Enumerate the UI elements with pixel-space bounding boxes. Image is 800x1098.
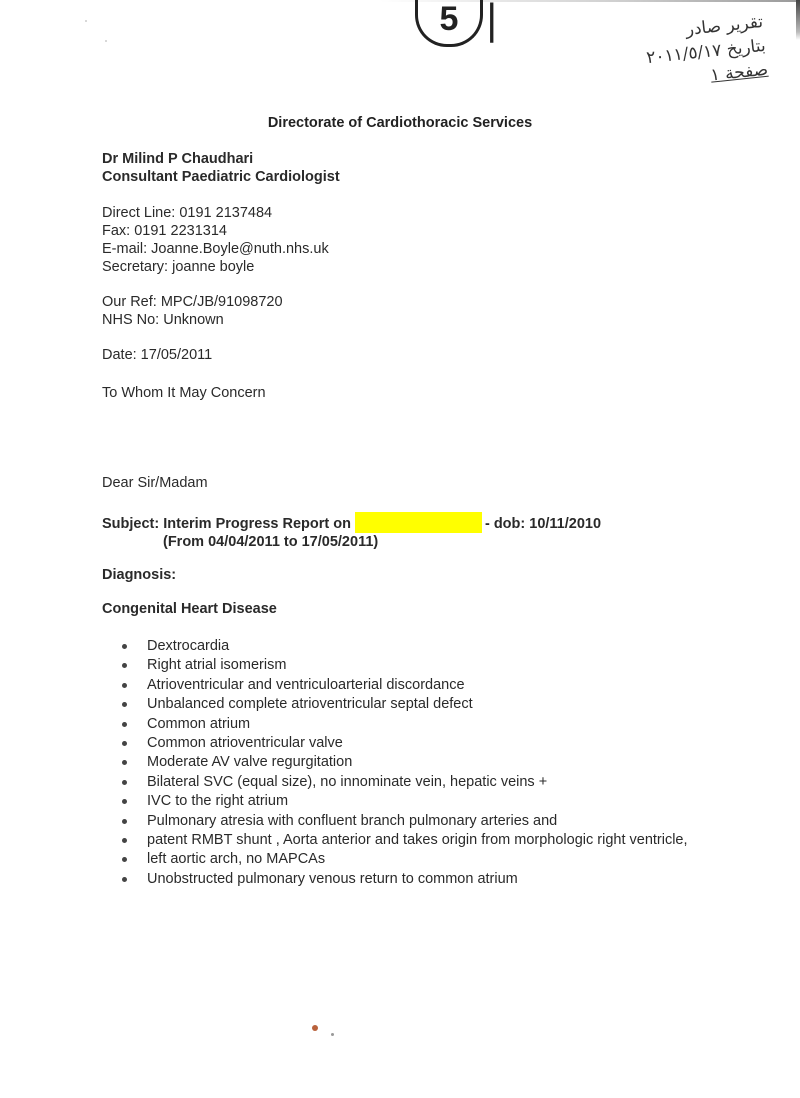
subject-line: Subject: Interim Progress Report on- dob… (102, 512, 601, 533)
scan-border-right (796, 0, 800, 40)
scan-speck (331, 1033, 334, 1036)
diagnosis-item-text: Unobstructed pulmonary venous return to … (147, 871, 518, 887)
diagnosis-item-text: Common atrium (147, 716, 250, 732)
addressee-line: To Whom It May Concern (102, 384, 266, 402)
directorate-heading: Directorate of Cardiothoracic Services (0, 115, 800, 131)
bullet-icon (122, 741, 127, 746)
diagnosis-item-text: IVC to the right atrium (147, 793, 288, 809)
diagnosis-item-text: patent RMBT shunt , Aorta anterior and t… (147, 832, 688, 848)
bullet-icon (122, 877, 127, 882)
diagnosis-item-text: Moderate AV valve regurgitation (147, 754, 352, 770)
diagnosis-item-text: Atrioventricular and ventriculoarterial … (147, 677, 465, 693)
bullet-icon (122, 780, 127, 785)
diagnosis-item-text: Dextrocardia (147, 638, 229, 654)
letter-date: Date: 17/05/2011 (102, 346, 212, 364)
diagnosis-item-text: left aortic arch, no MAPCAs (147, 851, 325, 867)
handwritten-circled-number: 5 (415, 0, 483, 47)
bullet-icon (122, 663, 127, 668)
scan-speck (312, 1025, 318, 1031)
bullet-icon (122, 819, 127, 824)
diagnosis-item: Right atrial isomerism (120, 656, 700, 675)
diagnosis-item: IVC to the right atrium (120, 792, 700, 811)
diagnosis-item: Unbalanced complete atrioventricular sep… (120, 695, 700, 714)
diagnosis-item: Dextrocardia (120, 637, 700, 656)
bullet-icon (122, 760, 127, 765)
subject-period: (From 04/04/2011 to 17/05/2011) (102, 533, 601, 551)
diagnosis-item-text: Unbalanced complete atrioventricular sep… (147, 696, 473, 712)
diagnosis-item-text: Common atrioventricular valve (147, 735, 343, 751)
diagnosis-item: Atrioventricular and ventriculoarterial … (120, 676, 700, 695)
secretary: Secretary: joanne boyle (102, 258, 329, 276)
bullet-icon (122, 644, 127, 649)
redacted-patient-name (355, 512, 482, 533)
diagnosis-item-text: Pulmonary atresia with confluent branch … (147, 813, 557, 829)
direct-line: Direct Line: 0191 2137484 (102, 204, 329, 222)
nhs-number: NHS No: Unknown (102, 311, 283, 329)
contact-block: Direct Line: 0191 2137484 Fax: 0191 2231… (102, 204, 329, 276)
bullet-icon (122, 683, 127, 688)
scan-speck (105, 40, 107, 42)
reference-block: Our Ref: MPC/JB/91098720 NHS No: Unknown (102, 293, 283, 329)
diagnosis-item: Common atrium (120, 715, 700, 734)
salutation: Dear Sir/Madam (102, 474, 208, 492)
bullet-icon (122, 799, 127, 804)
email-address: E-mail: Joanne.Boyle@nuth.nhs.uk (102, 240, 329, 258)
doctor-name: Dr Milind P Chaudhari (102, 150, 340, 168)
handwritten-arabic-note: تقرير صادر بتاريخ ٢٠١١/٥/١٧ صفحة ١ (643, 10, 770, 94)
diagnosis-list: DextrocardiaRight atrial isomerismAtriov… (120, 637, 700, 889)
bullet-icon (122, 722, 127, 727)
subject-prefix: Subject: Interim Progress Report on (102, 516, 351, 532)
subject-dob: - dob: 10/11/2010 (485, 516, 601, 532)
doctor-block: Dr Milind P Chaudhari Consultant Paediat… (102, 150, 340, 186)
diagnosis-item: Unobstructed pulmonary venous return to … (120, 870, 700, 889)
diagnosis-item: left aortic arch, no MAPCAs (120, 850, 700, 869)
fax-number: Fax: 0191 2231314 (102, 222, 329, 240)
scan-speck (85, 20, 87, 22)
bullet-icon (122, 838, 127, 843)
diagnosis-item: Pulmonary atresia with confluent branch … (120, 812, 700, 831)
doctor-title: Consultant Paediatric Cardiologist (102, 168, 340, 186)
diagnosis-item-text: Right atrial isomerism (147, 657, 286, 673)
diagnosis-item-text: Bilateral SVC (equal size), no innominat… (147, 774, 547, 790)
diagnosis-item: Common atrioventricular valve (120, 734, 700, 753)
diagnosis-item: Bilateral SVC (equal size), no innominat… (120, 773, 700, 792)
bullet-icon (122, 857, 127, 862)
diagnosis-item: patent RMBT shunt , Aorta anterior and t… (120, 831, 700, 850)
subject-block: Subject: Interim Progress Report on- dob… (102, 512, 601, 551)
diagnosis-item: Moderate AV valve regurgitation (120, 753, 700, 772)
diagnosis-label: Diagnosis: (102, 566, 176, 584)
our-ref: Our Ref: MPC/JB/91098720 (102, 293, 283, 311)
handwritten-stroke: | (485, 0, 498, 40)
diagnosis-heading: Congenital Heart Disease (102, 600, 277, 618)
bullet-icon (122, 702, 127, 707)
